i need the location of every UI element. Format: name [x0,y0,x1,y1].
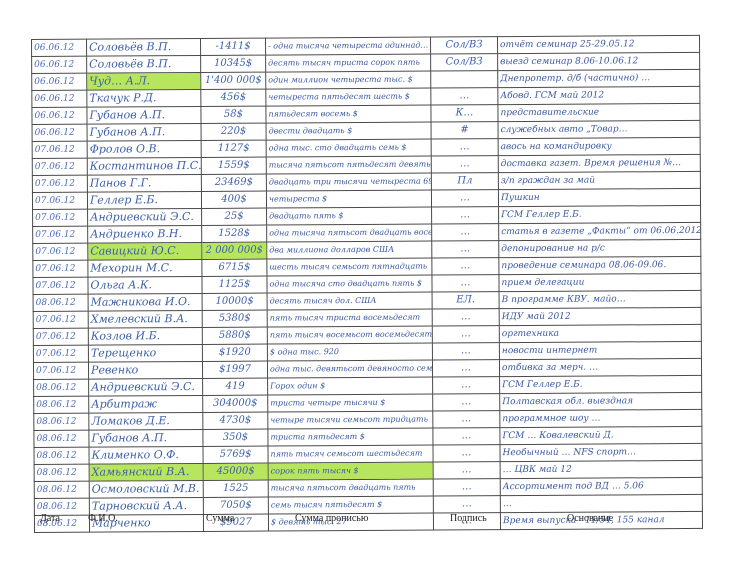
row-amount: 456$ [201,89,266,106]
row-signature: … [432,360,499,377]
row-amount: 5880$ [202,327,267,344]
row-date: 08.06.12 [34,396,89,413]
row-name: Ломаков Д.Е. [89,412,203,430]
row-basis: … ЦВК май 12 [500,460,702,478]
row-basis: отчёт семинар 25-29.05.12 [497,35,699,53]
row-signature: … [433,445,500,462]
row-name: Арбитраж [89,395,203,413]
row-amount: 5380$ [202,310,267,327]
row-signature: … [432,326,499,343]
row-date: 06.06.12 [32,73,87,90]
row-signature: … [433,479,500,496]
row-amount-in-words: тысяча пятьсот пятьдесят девять [266,156,431,174]
row-amount: 5769$ [203,446,268,463]
row-amount-in-words: пять тысяч семьсот шестьдесят [268,445,433,463]
row-amount: 23469$ [201,174,266,191]
row-amount-in-words: пятьдесят восемь $ [266,105,431,123]
row-date: 07.06.12 [33,277,88,294]
row-signature: … [433,428,500,445]
row-name: Ткачук Р.Д. [87,89,201,107]
row-amount-in-words: двести двадцать $ [266,122,431,140]
row-basis: ГСМ … Ковалевский Д. [500,426,702,444]
row-amount: 1528$ [202,225,267,242]
row-date: 07.06.12 [32,141,87,158]
row-basis: Полтавская обл. выездная [500,392,702,410]
row-basis: проведение семинара 08.06-09.06. [499,256,701,274]
row-amount-in-words: четыреста пятьдесят шесть $ [266,88,431,106]
row-signature: … [432,258,499,275]
row-amount-in-words: - одна тысяча четыреста одиннад… [265,37,430,55]
row-date: 07.06.12 [32,158,87,175]
row-name: Губанов А.П. [87,123,201,141]
row-amount: $1920 [202,344,267,361]
row-signature: Пл [431,173,498,190]
row-signature: … [432,343,499,360]
row-basis: депонирование на р/с [499,239,701,257]
row-amount: 2 000 000$ [202,242,267,259]
row-amount: 1'400 000$ [201,72,266,89]
row-date: 08.06.12 [34,430,89,447]
row-name: Мехорин М.С. [88,259,202,277]
row-basis: Необычный … NFS спорт… [500,443,702,461]
row-amount-in-words: триста пятьдесят $ [268,428,433,446]
row-amount: 10000$ [202,293,267,310]
row-name: Андриевский Э.С. [89,378,203,396]
row-name: Андриенко В.Н. [88,225,202,243]
row-signature: … [432,309,499,326]
row-amount-in-words: Горох один $ [268,377,433,395]
row-amount: 58$ [201,106,266,123]
row-name: Костантинов П.С. [87,157,201,175]
row-signature: Сол/ВЗ [431,54,498,71]
label-amount: Сумма [206,513,234,524]
row-amount: 419 [203,378,268,395]
row-name: Фролов О.В. [87,140,201,158]
row-signature: … [432,241,499,258]
row-name: Хмелевский В.А. [88,310,202,328]
row-date: 07.06.12 [33,209,88,226]
row-signature: … [432,207,499,224]
row-basis: ГСМ Геллер Е.Б. [500,375,702,393]
row-amount: 6715$ [202,259,267,276]
row-name: Соловьёв В.П. [87,55,201,73]
row-basis: Днепропетр. д/б (частично) … [498,69,700,87]
row-date: 08.06.12 [33,294,88,311]
row-signature: … [433,377,500,394]
row-amount-in-words: тысяча пятьсот двадцать пять [268,479,433,497]
row-basis: программное шоу … [500,409,702,427]
row-amount-in-words: один миллион четыреста тыс. $ [266,71,431,89]
row-name: Чуд… А.Л. [87,72,201,90]
row-amount-in-words: одна тыс. сто двадцать семь $ [266,139,431,157]
row-date: 07.06.12 [33,243,88,260]
row-signature: … [431,156,498,173]
row-basis: статья в газете „Факты“ от 06.06.2012 [499,222,701,240]
row-name: Савицкий Ю.С. [88,242,202,260]
label-name: Ф.И.О. [88,513,118,524]
row-basis: новости интернет [499,341,701,359]
row-amount: 45000$ [203,463,268,480]
row-basis: выезд семинар 8.06-10.06.12 [498,52,700,70]
row-name: Губанов А.П. [87,106,201,124]
row-amount: 220$ [201,123,266,140]
row-basis: доставка газет. Время решения №… [498,154,700,172]
row-amount-in-words: двадцать три тысячи четыреста 69 [266,173,431,191]
row-basis: ИДУ май 2012 [499,307,701,325]
row-date: 07.06.12 [33,345,88,362]
row-basis: Ассортимент под ВД … 5.06 [500,477,702,495]
row-amount: 1125$ [202,276,267,293]
row-amount-in-words: одна тысяча сто двадцать пять $ [267,275,432,293]
row-date: 06.06.12 [32,90,87,107]
row-amount: 10345$ [201,55,266,72]
row-date: 08.06.12 [34,379,89,396]
row-name: Панов Г.Г. [87,174,201,192]
row-basis: прием делегации [499,273,701,291]
row-signature: … [432,275,499,292]
row-amount: 400$ [201,191,266,208]
row-name: Хамьянский В.А. [89,463,203,481]
row-name: Терещенко [88,344,202,362]
row-amount-in-words: два миллиона долларов США [267,241,432,259]
row-basis: Пушкин [498,188,700,206]
row-signature: … [433,394,500,411]
row-name: Ревенко [88,361,202,379]
row-date: 06.06.12 [32,56,87,73]
row-date: 08.06.12 [34,464,89,481]
row-date: 07.06.12 [32,175,87,192]
row-amount-in-words: двадцать пять $ [267,207,432,225]
row-name: Геллер Е.Б. [87,191,201,209]
row-amount: 1559$ [201,157,266,174]
row-date: 07.06.12 [33,226,88,243]
row-date: 08.06.12 [34,447,89,464]
row-signature: Сол/ВЗ [430,37,497,54]
row-signature: … [432,224,499,241]
row-basis: В программе КВУ. майо… [499,290,701,308]
label-amount-in-words: Сумма прописью [295,513,368,524]
row-name: Мажникова И.О. [88,293,202,311]
row-date: 07.06.12 [33,328,88,345]
row-amount-in-words: четыре тысячи семьсот тридцать [268,411,433,429]
row-amount-in-words: четыреста $ [266,190,431,208]
row-basis: служебных авто „Товар… [498,120,700,138]
ledger-table: 06.06.12Соловьёв В.П.-1411$- одна тысяча… [31,35,703,533]
row-signature: … [433,462,500,479]
row-amount: 350$ [203,429,268,446]
row-amount-in-words: сорок пять тысяч $ [268,462,433,480]
row-date: 06.06.12 [32,124,87,141]
row-name: Губанов А.П. [89,429,203,447]
row-signature: … [431,190,498,207]
row-amount: 25$ [202,208,267,225]
row-basis: з/п граждан за май [498,171,700,189]
label-date: Дата [40,513,60,524]
row-amount-in-words: триста четыре тысячи $ [268,394,433,412]
row-date: 06.06.12 [32,107,87,124]
row-signature: … [431,88,498,105]
row-date: 06.06.12 [32,39,87,56]
row-basis: ГСМ Геллер Е.Б. [499,205,701,223]
row-signature: # [431,122,498,139]
row-date: 07.06.12 [33,311,88,328]
label-basis: Основание [567,513,613,524]
row-amount: 4730$ [203,412,268,429]
row-amount: 1127$ [201,140,266,157]
column-labels: Дата Ф.И.О. Сумма Сумма прописью Подпись… [0,507,729,531]
row-amount-in-words: пять тысяч триста восемьдесят [267,309,432,327]
row-amount-in-words: десять тысяч триста сорок пять [266,54,431,72]
row-basis: представительские [498,103,700,121]
row-date: 07.06.12 [32,192,87,209]
row-date: 08.06.12 [34,481,89,498]
row-name: Осмоловский М.В. [89,480,203,498]
row-amount: $1997 [202,361,267,378]
label-signature: Подпись [450,513,487,524]
row-name: Ольга А.К. [88,276,202,294]
row-name: Соловьёв В.П. [87,38,201,56]
row-name: Козлов И.Б. [88,327,202,345]
row-date: 07.06.12 [33,362,88,379]
row-name: Клименко О.Ф. [89,446,203,464]
row-signature: … [431,139,498,156]
row-amount-in-words: $ одна тыс. 920 [267,343,432,361]
row-date: 08.06.12 [34,413,89,430]
row-date: 07.06.12 [33,260,88,277]
row-name: Андриевский Э.С. [88,208,202,226]
row-signature: … [433,411,500,428]
row-basis: отбивка за мерч. … [499,358,701,376]
ledger-body: 06.06.12Соловьёв В.П.-1411$- одна тысяча… [32,35,703,532]
row-amount-in-words: одна тыс. девятьсот девяносто семь [267,360,432,378]
row-amount-in-words: шесть тысяч семьсот пятнадцать [267,258,432,276]
row-amount: -1411$ [200,38,265,55]
row-basis: Абовд. ГСМ май 2012 [498,86,700,104]
row-amount-in-words: пять тысяч восемьсот восемьдесят [267,326,432,344]
row-signature: К… [431,105,498,122]
row-basis: авось на командировку [498,137,700,155]
row-basis: оргтехника [499,324,701,342]
row-amount-in-words: одна тысяча пятьсот двадцать восемь [267,224,432,242]
row-amount: 1525 [203,480,268,497]
row-amount: 304000$ [203,395,268,412]
row-signature [431,71,498,88]
row-signature: ЕЛ. [432,292,499,309]
row-amount-in-words: десять тысяч дол. США [267,292,432,310]
